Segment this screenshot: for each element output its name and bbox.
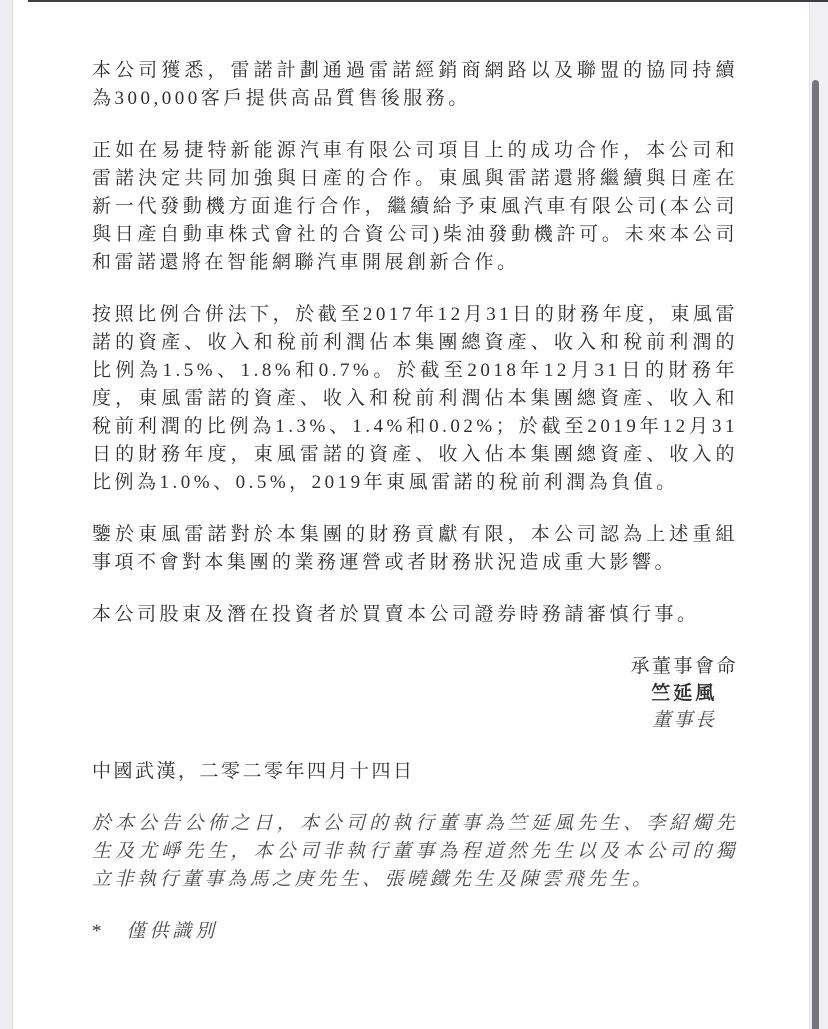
paragraph-shareholder-caution: 本公司股東及潛在投資者於買賣本公司證券時務請審慎行事。: [92, 601, 738, 629]
viewer-gutter-left: [0, 0, 13, 1029]
directors-note: 於本公告公佈之日，本公司的執行董事為竺延風先生、李紹燭先生及尤崢先生，本公司非執…: [92, 810, 738, 894]
paragraph-renault-service: 本公司獲悉，雷諾計劃通過雷諾經銷商網路以及聯盟的協同持續為300,000客戶提供…: [92, 57, 738, 113]
document-page: 本公司獲悉，雷諾計劃通過雷諾經銷商網路以及聯盟的協同持續為300,000客戶提供…: [0, 0, 828, 1029]
footnote-asterisk: *: [92, 918, 102, 946]
chairman-name: 竺延風: [630, 680, 738, 707]
by-order-of-board: 承董事會命: [630, 653, 738, 680]
paragraph-financial-ratios: 按照比例合併法下，於截至2017年12月31日的財務年度，東風雷諾的資產、收入和…: [92, 301, 738, 497]
signature-inner: 承董事會命 竺延風 董事長: [630, 653, 738, 734]
top-border-line: [28, 0, 828, 2]
scrollbar[interactable]: [809, 0, 828, 1029]
scrollbar-thumb[interactable]: [812, 80, 819, 1029]
paragraph-nissan-cooperation: 正如在易捷特新能源汽車有限公司項目上的成功合作，本公司和雷諾決定共同加強與日產的…: [92, 137, 738, 277]
footnote: * 僅供識別: [92, 918, 738, 946]
dateline: 中國武漢，二零二零年四月十四日: [92, 758, 738, 786]
footnote-text: 僅供識別: [126, 921, 218, 942]
announcement-body: 本公司獲悉，雷諾計劃通過雷諾經銷商網路以及聯盟的協同持續為300,000客戶提供…: [92, 0, 738, 946]
signature-block: 承董事會命 竺延風 董事長: [92, 653, 738, 734]
paragraph-no-material-impact: 鑒於東風雷諾對於本集團的財務貢獻有限，本公司認為上述重組事項不會對本集團的業務運…: [92, 521, 738, 577]
chairman-title: 董事長: [630, 707, 738, 734]
